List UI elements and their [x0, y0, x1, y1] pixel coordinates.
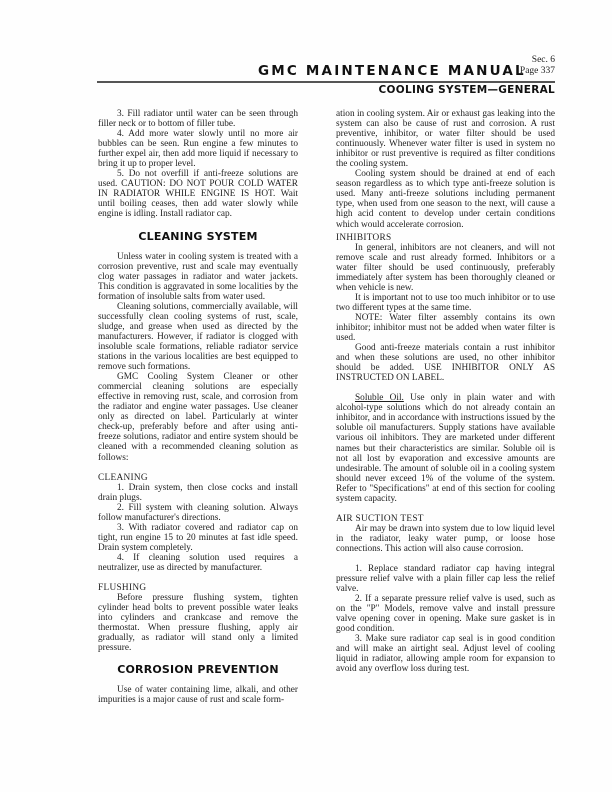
- body-paragraph: Cleaning solutions, commercially availab…: [98, 302, 298, 372]
- step-paragraph: 3. Make sure radiator cap seal is in goo…: [336, 634, 555, 674]
- subheading-flushing: FLUSHING: [98, 583, 298, 593]
- note-paragraph: NOTE: Water filter assembly contains its…: [336, 313, 555, 343]
- step-paragraph: 1. Replace standard radiator cap having …: [336, 564, 555, 594]
- step-paragraph: 1. Drain system, then close cocks and in…: [98, 483, 298, 503]
- body-paragraph: It is important not to use too much inhi…: [336, 293, 555, 313]
- step-paragraph: 3. Fill radiator until water can be seen…: [98, 109, 298, 129]
- body-paragraph: ation in cooling system. Air or exhaust …: [336, 109, 555, 169]
- body-paragraph: Good anti-freeze materials contain a rus…: [336, 343, 555, 383]
- spacer: [336, 383, 555, 393]
- section-heading-cleaning-system: CLEANING SYSTEM: [98, 232, 298, 242]
- body-paragraph: Unless water in cooling system is treate…: [98, 252, 298, 302]
- subheading-cleaning: CLEANING: [98, 473, 298, 483]
- body-paragraph: Use of water containing lime, alkali, an…: [98, 685, 298, 705]
- body-paragraph: GMC Cooling System Cleaner or other comm…: [98, 372, 298, 462]
- left-column: 3. Fill radiator until water can be seen…: [98, 109, 298, 705]
- body-paragraph: Before pressure flushing system, tighten…: [98, 593, 298, 653]
- soluble-oil-paragraph: Soluble Oil. Use only in plain water and…: [336, 393, 555, 504]
- body-paragraph: Air may be drawn into system due to low …: [336, 524, 555, 554]
- section-heading-corrosion-prevention: CORROSION PREVENTION: [98, 665, 298, 675]
- step-paragraph: 4. Add more water slowly until no more a…: [98, 129, 298, 169]
- soluble-oil-text: Use only in plain water and with alcohol…: [336, 393, 555, 503]
- soluble-oil-label: Soluble Oil.: [355, 393, 404, 403]
- step-paragraph: 5. Do not overfill if anti-freeze soluti…: [98, 169, 298, 219]
- page-reference: Sec. 6 Page 337: [520, 55, 555, 77]
- section-number: Sec. 6: [520, 55, 555, 66]
- body-paragraph: Cooling system should be drained at end …: [336, 169, 555, 229]
- step-paragraph: 3. With radiator covered and radiator ca…: [98, 523, 298, 553]
- chapter-title: COOLING SYSTEM—GENERAL: [379, 84, 555, 96]
- subheading-air-suction-test: AIR SUCTION TEST: [336, 514, 555, 524]
- manual-title: GMC MAINTENANCE MANUAL: [258, 63, 526, 79]
- body-paragraph: In general, inhibitors are not cleaners,…: [336, 243, 555, 293]
- subheading-inhibitors: INHIBITORS: [336, 233, 555, 243]
- step-paragraph: 2. Fill system with cleaning solution. A…: [98, 503, 298, 523]
- header-rule: [97, 81, 555, 83]
- right-column: ation in cooling system. Air or exhaust …: [336, 109, 555, 674]
- step-paragraph: 4. If cleaning solution used requires a …: [98, 553, 298, 573]
- manual-page: GMC MAINTENANCE MANUAL Sec. 6 Page 337 C…: [0, 0, 612, 792]
- step-paragraph: 2. If a separate pressure relief valve i…: [336, 594, 555, 634]
- page-number: Page 337: [520, 66, 555, 77]
- spacer: [336, 554, 555, 564]
